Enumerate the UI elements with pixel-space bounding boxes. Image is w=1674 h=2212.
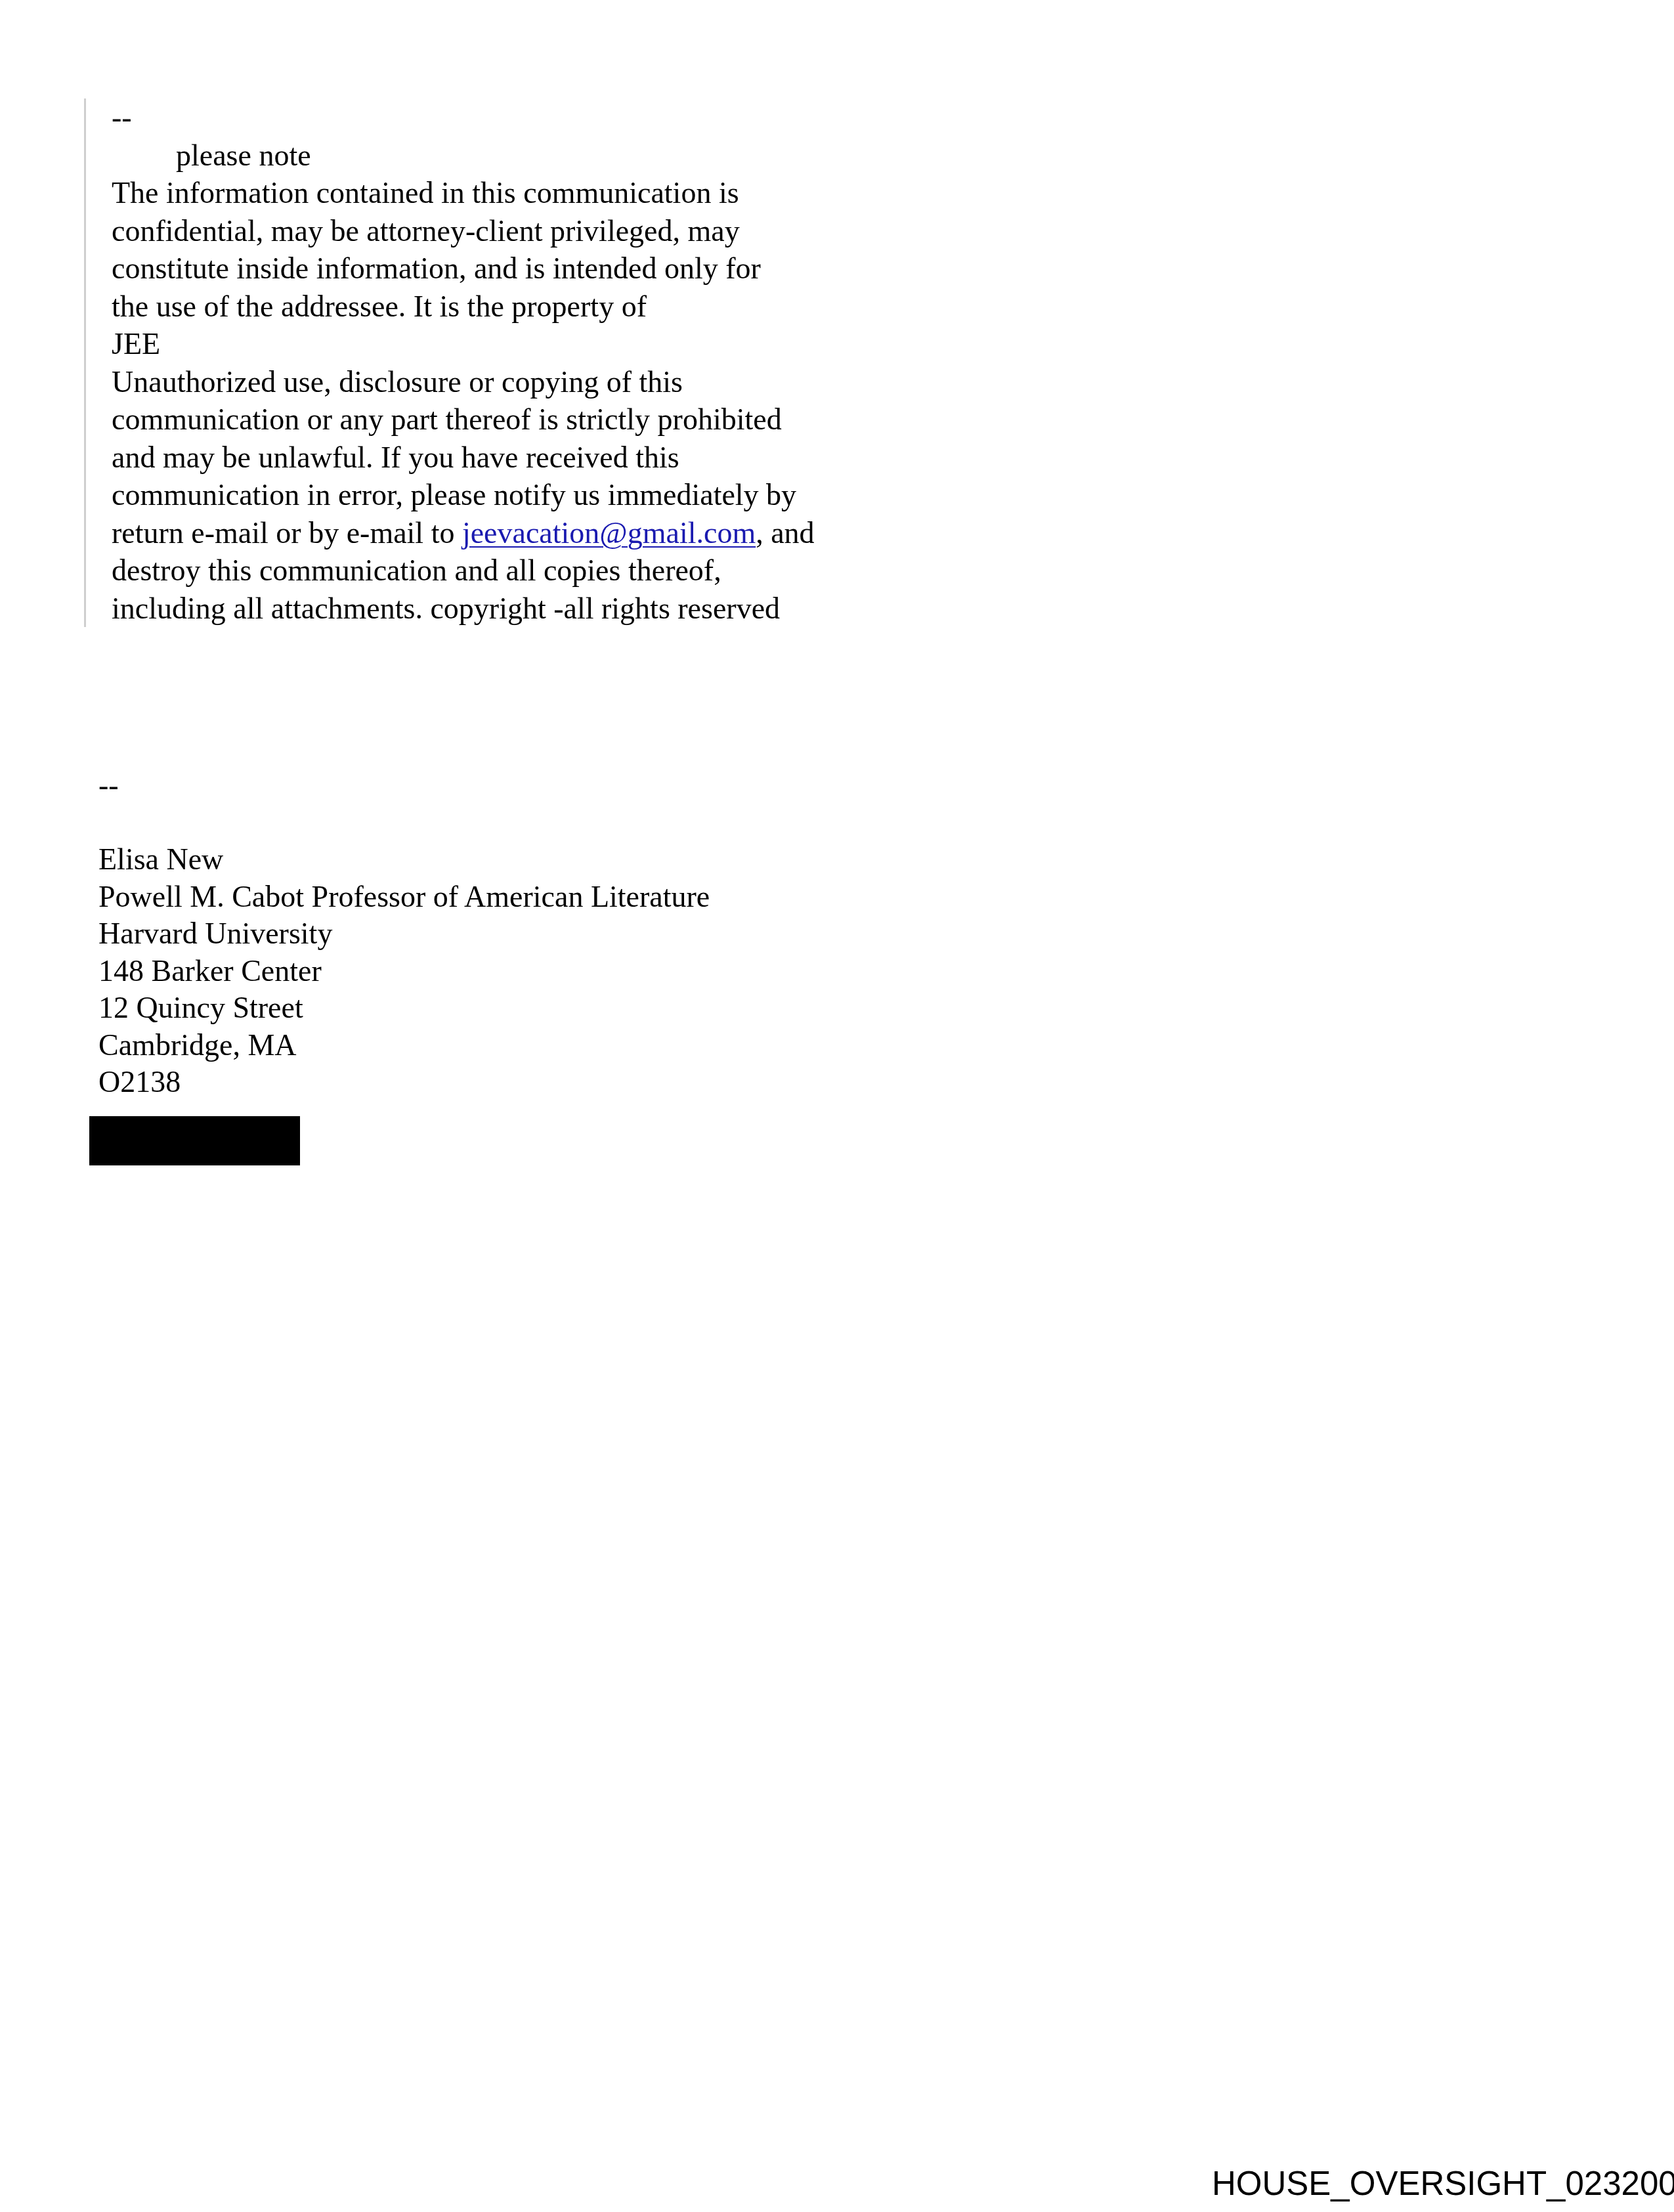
signature-title: Powell M. Cabot Professor of American Li… bbox=[98, 878, 1018, 916]
signature-name: Elisa New bbox=[98, 841, 1018, 878]
disclaimer-line: including all attachments. copyright -al… bbox=[112, 590, 965, 628]
signature-institution: Harvard University bbox=[98, 915, 1018, 953]
disclaimer-line: communication in error, please notify us… bbox=[112, 476, 965, 514]
disclaimer-line: communication or any part thereof is str… bbox=[112, 401, 965, 439]
signature-spacer bbox=[98, 804, 1018, 842]
email-line-prefix: return e-mail or by e-mail to bbox=[112, 516, 462, 550]
signature-address-line2: 12 Quincy Street bbox=[98, 989, 1018, 1027]
signature-address-line1: 148 Barker Center bbox=[98, 953, 1018, 990]
signature-zip: O2138 bbox=[98, 1064, 1018, 1101]
redaction-box bbox=[89, 1116, 300, 1165]
bates-number: HOUSE_OVERSIGHT_023200 bbox=[1212, 2164, 1674, 2203]
email-link[interactable]: jeevacation@gmail.com bbox=[462, 516, 756, 550]
email-line-suffix: , and bbox=[756, 516, 814, 550]
disclaimer-line: confidential, may be attorney-client pri… bbox=[112, 212, 965, 250]
disclaimer-line: and may be unlawful. If you have receive… bbox=[112, 439, 965, 477]
disclaimer-quote: -- please note The information contained… bbox=[112, 98, 965, 627]
disclaimer-line: The information contained in this commun… bbox=[112, 174, 965, 212]
disclaimer-line: Unauthorized use, disclosure or copying … bbox=[112, 363, 965, 401]
disclaimer-owner: JEE bbox=[112, 325, 965, 363]
disclaimer-heading: please note bbox=[112, 137, 965, 175]
quote-border bbox=[84, 98, 86, 627]
disclaimer-line: the use of the addressee. It is the prop… bbox=[112, 288, 965, 326]
disclaimer-email-line: return e-mail or by e-mail to jeevacatio… bbox=[112, 514, 965, 552]
disclaimer-line: constitute inside information, and is in… bbox=[112, 249, 965, 288]
signature-separator: -- bbox=[98, 767, 1018, 804]
signature-block: -- Elisa New Powell M. Cabot Professor o… bbox=[98, 767, 1018, 1101]
signature-city-state: Cambridge, MA bbox=[98, 1027, 1018, 1064]
disclaimer-separator: -- bbox=[112, 98, 965, 137]
disclaimer-line: destroy this communication and all copie… bbox=[112, 552, 965, 590]
